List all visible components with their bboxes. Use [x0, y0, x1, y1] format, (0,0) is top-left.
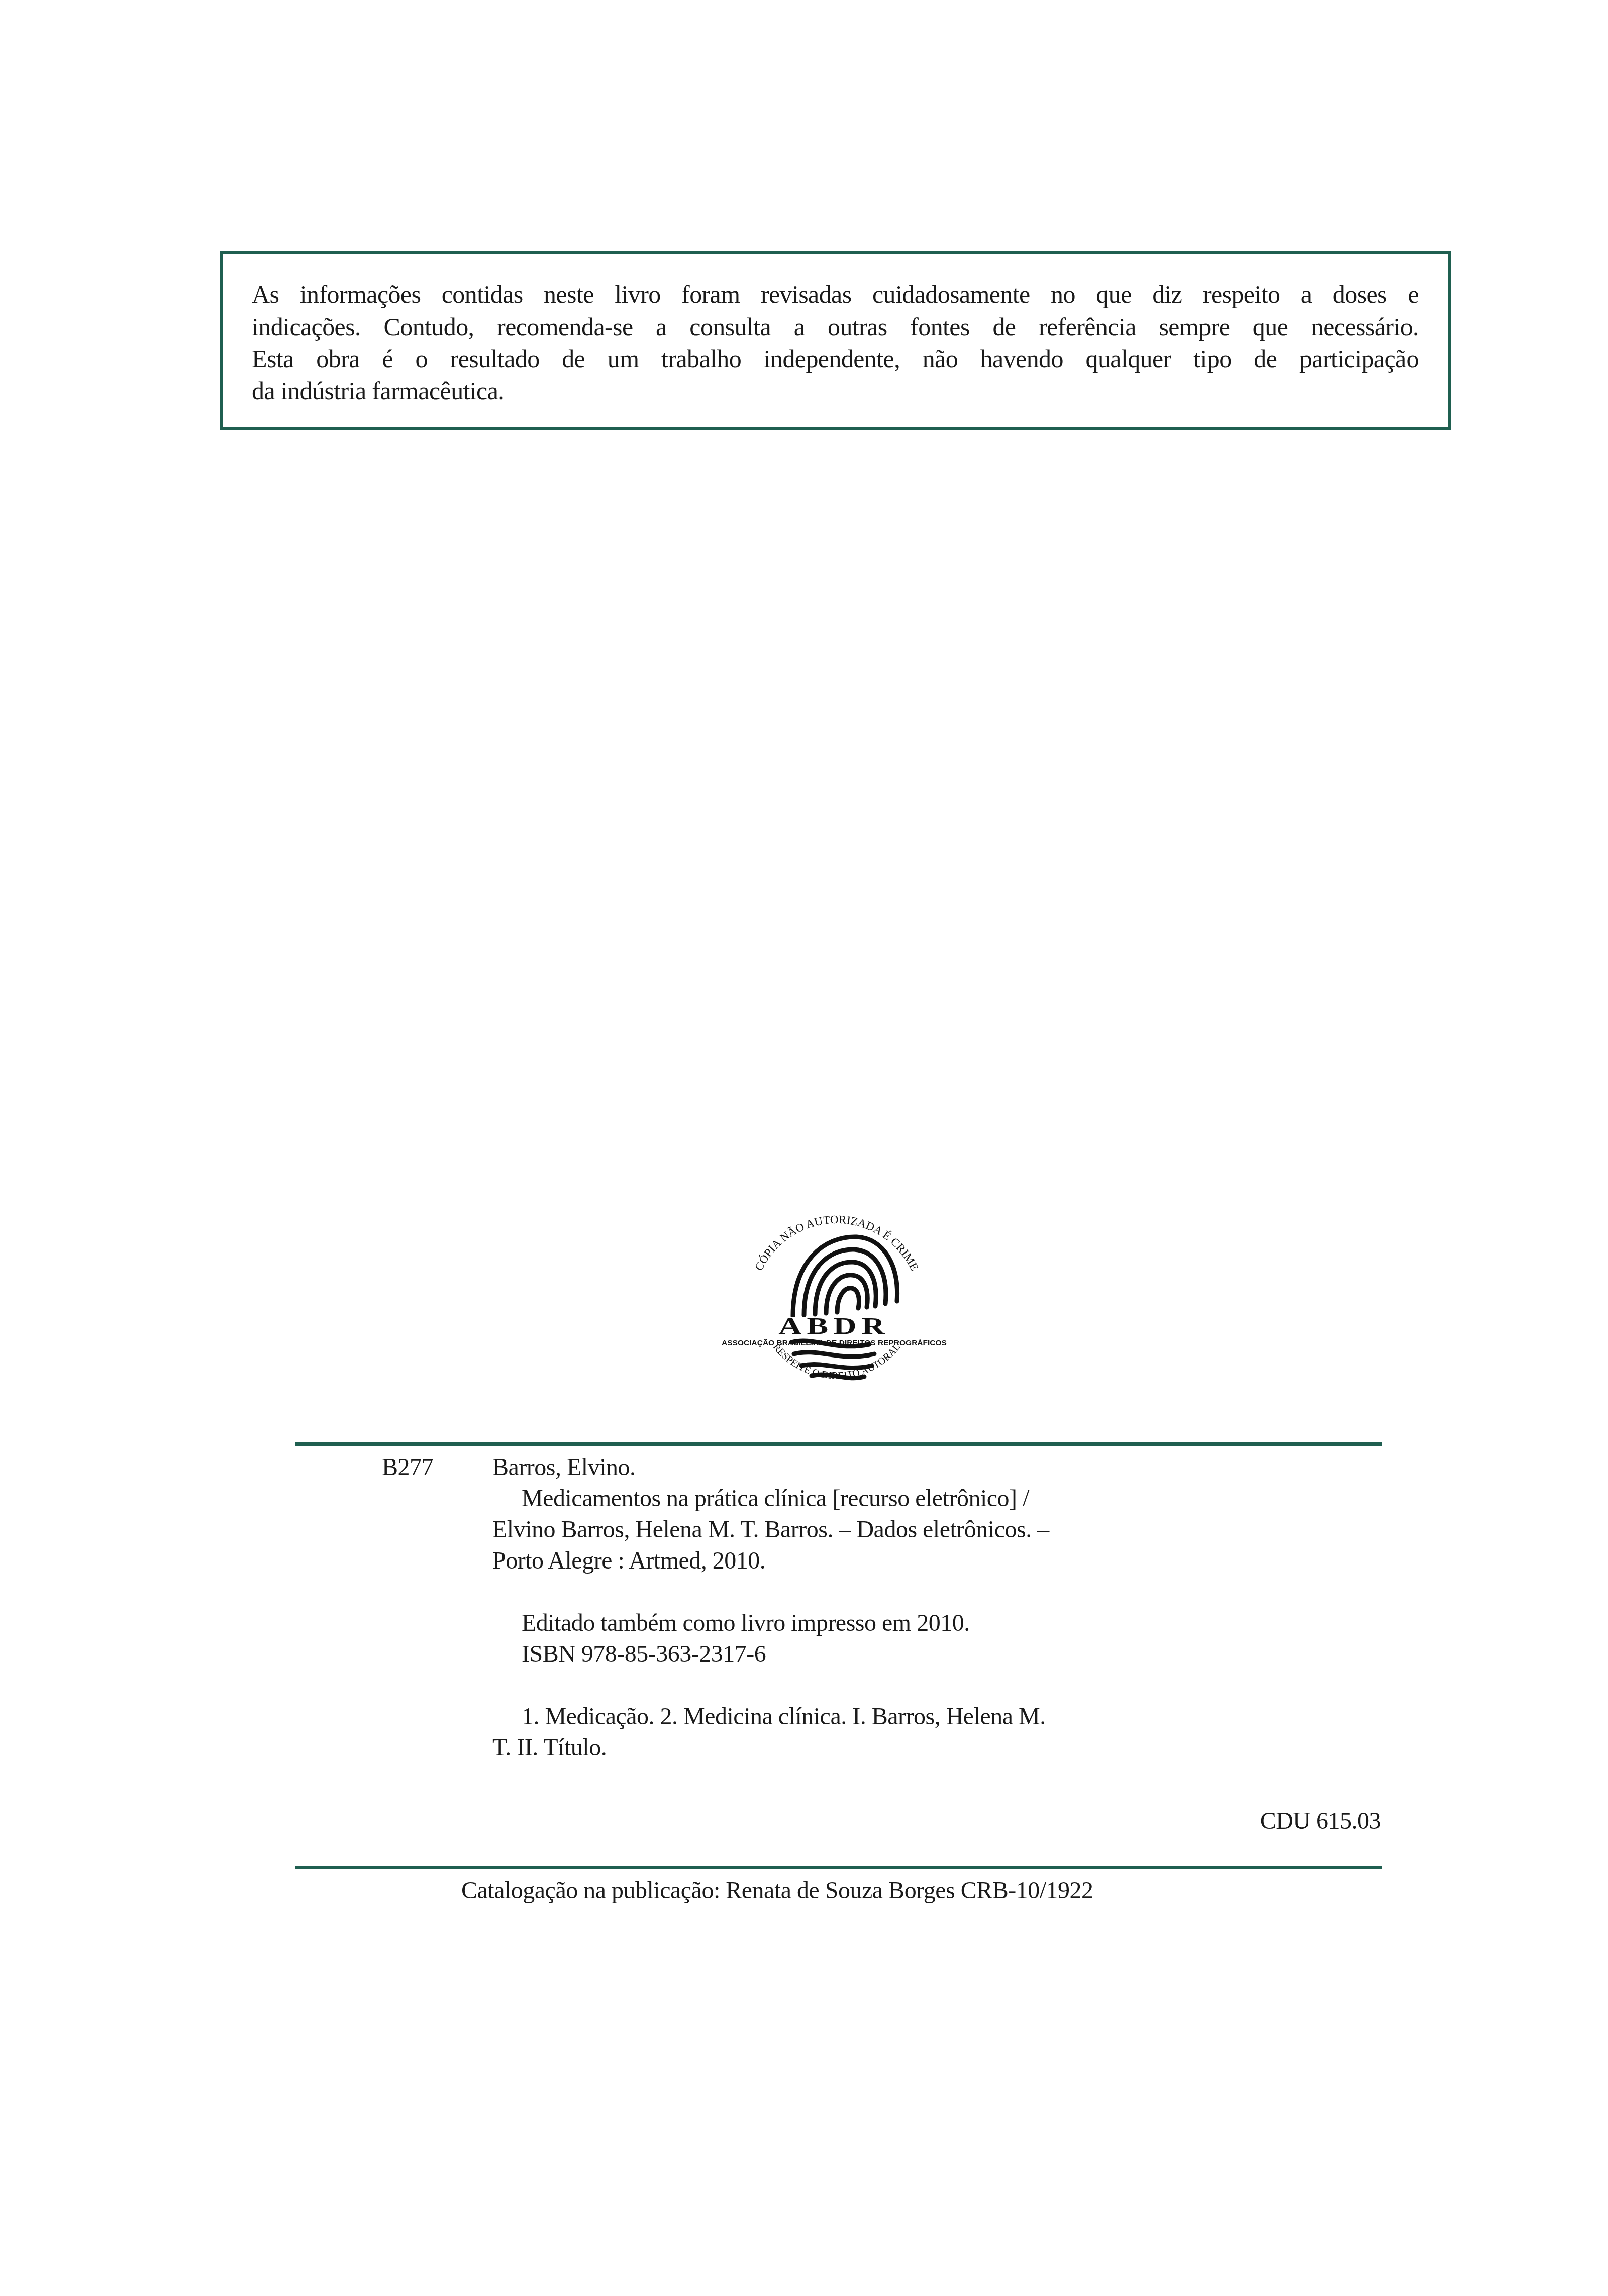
svg-text:ASSOCIAÇÃO BRASILEIRA DE DIREI: ASSOCIAÇÃO BRASILEIRA DE DIREITOS REPROG…	[722, 1338, 947, 1347]
catalog-subjects-line: T. II. Título.	[492, 1732, 1221, 1763]
disclaimer-line: Esta obra é o resultado de um trabalho i…	[252, 343, 1419, 375]
disclaimer-line: indicações. Contudo, recomenda-se a cons…	[252, 310, 1419, 343]
call-number: B277	[382, 1452, 433, 1483]
catalog-isbn: ISBN 978-85-363-2317-6	[492, 1639, 1221, 1670]
catalog-title-line: Porto Alegre : Artmed, 2010.	[492, 1545, 1221, 1577]
abdr-logo: CÓPIA NÃO AUTORIZADA É CRIME RESPEITE O …	[703, 1201, 965, 1402]
catalog-subjects-line: 1. Medicação. 2. Medicina clínica. I. Ba…	[492, 1701, 1221, 1732]
catalog-title-line: Elvino Barros, Helena M. T. Barros. – Da…	[492, 1514, 1221, 1545]
disclaimer-line: da indústria farmacêutica.	[252, 375, 1419, 407]
disclaimer-line: As informações contidas neste livro fora…	[252, 278, 1419, 310]
fingerprint-icon: CÓPIA NÃO AUTORIZADA É CRIME RESPEITE O …	[703, 1201, 965, 1402]
svg-text:ABDR: ABDR	[778, 1313, 889, 1339]
catalog-top-rule	[295, 1442, 1382, 1446]
catalog-author: Barros, Elvino.	[492, 1452, 1221, 1483]
catalog-bottom-rule	[295, 1866, 1382, 1869]
catalog-credit: Catalogação na publicação: Renata de Sou…	[461, 1875, 1093, 1906]
catalog-title-line: Medicamentos na prática clínica [recurso…	[492, 1483, 1221, 1514]
catalog-cdu: CDU 615.03	[1260, 1806, 1381, 1837]
catalog-note: Editado também como livro impresso em 20…	[492, 1608, 1221, 1639]
disclaimer-box: As informações contidas neste livro fora…	[220, 251, 1451, 430]
catalog-record: Barros, Elvino. Medicamentos na prática …	[492, 1452, 1221, 1763]
